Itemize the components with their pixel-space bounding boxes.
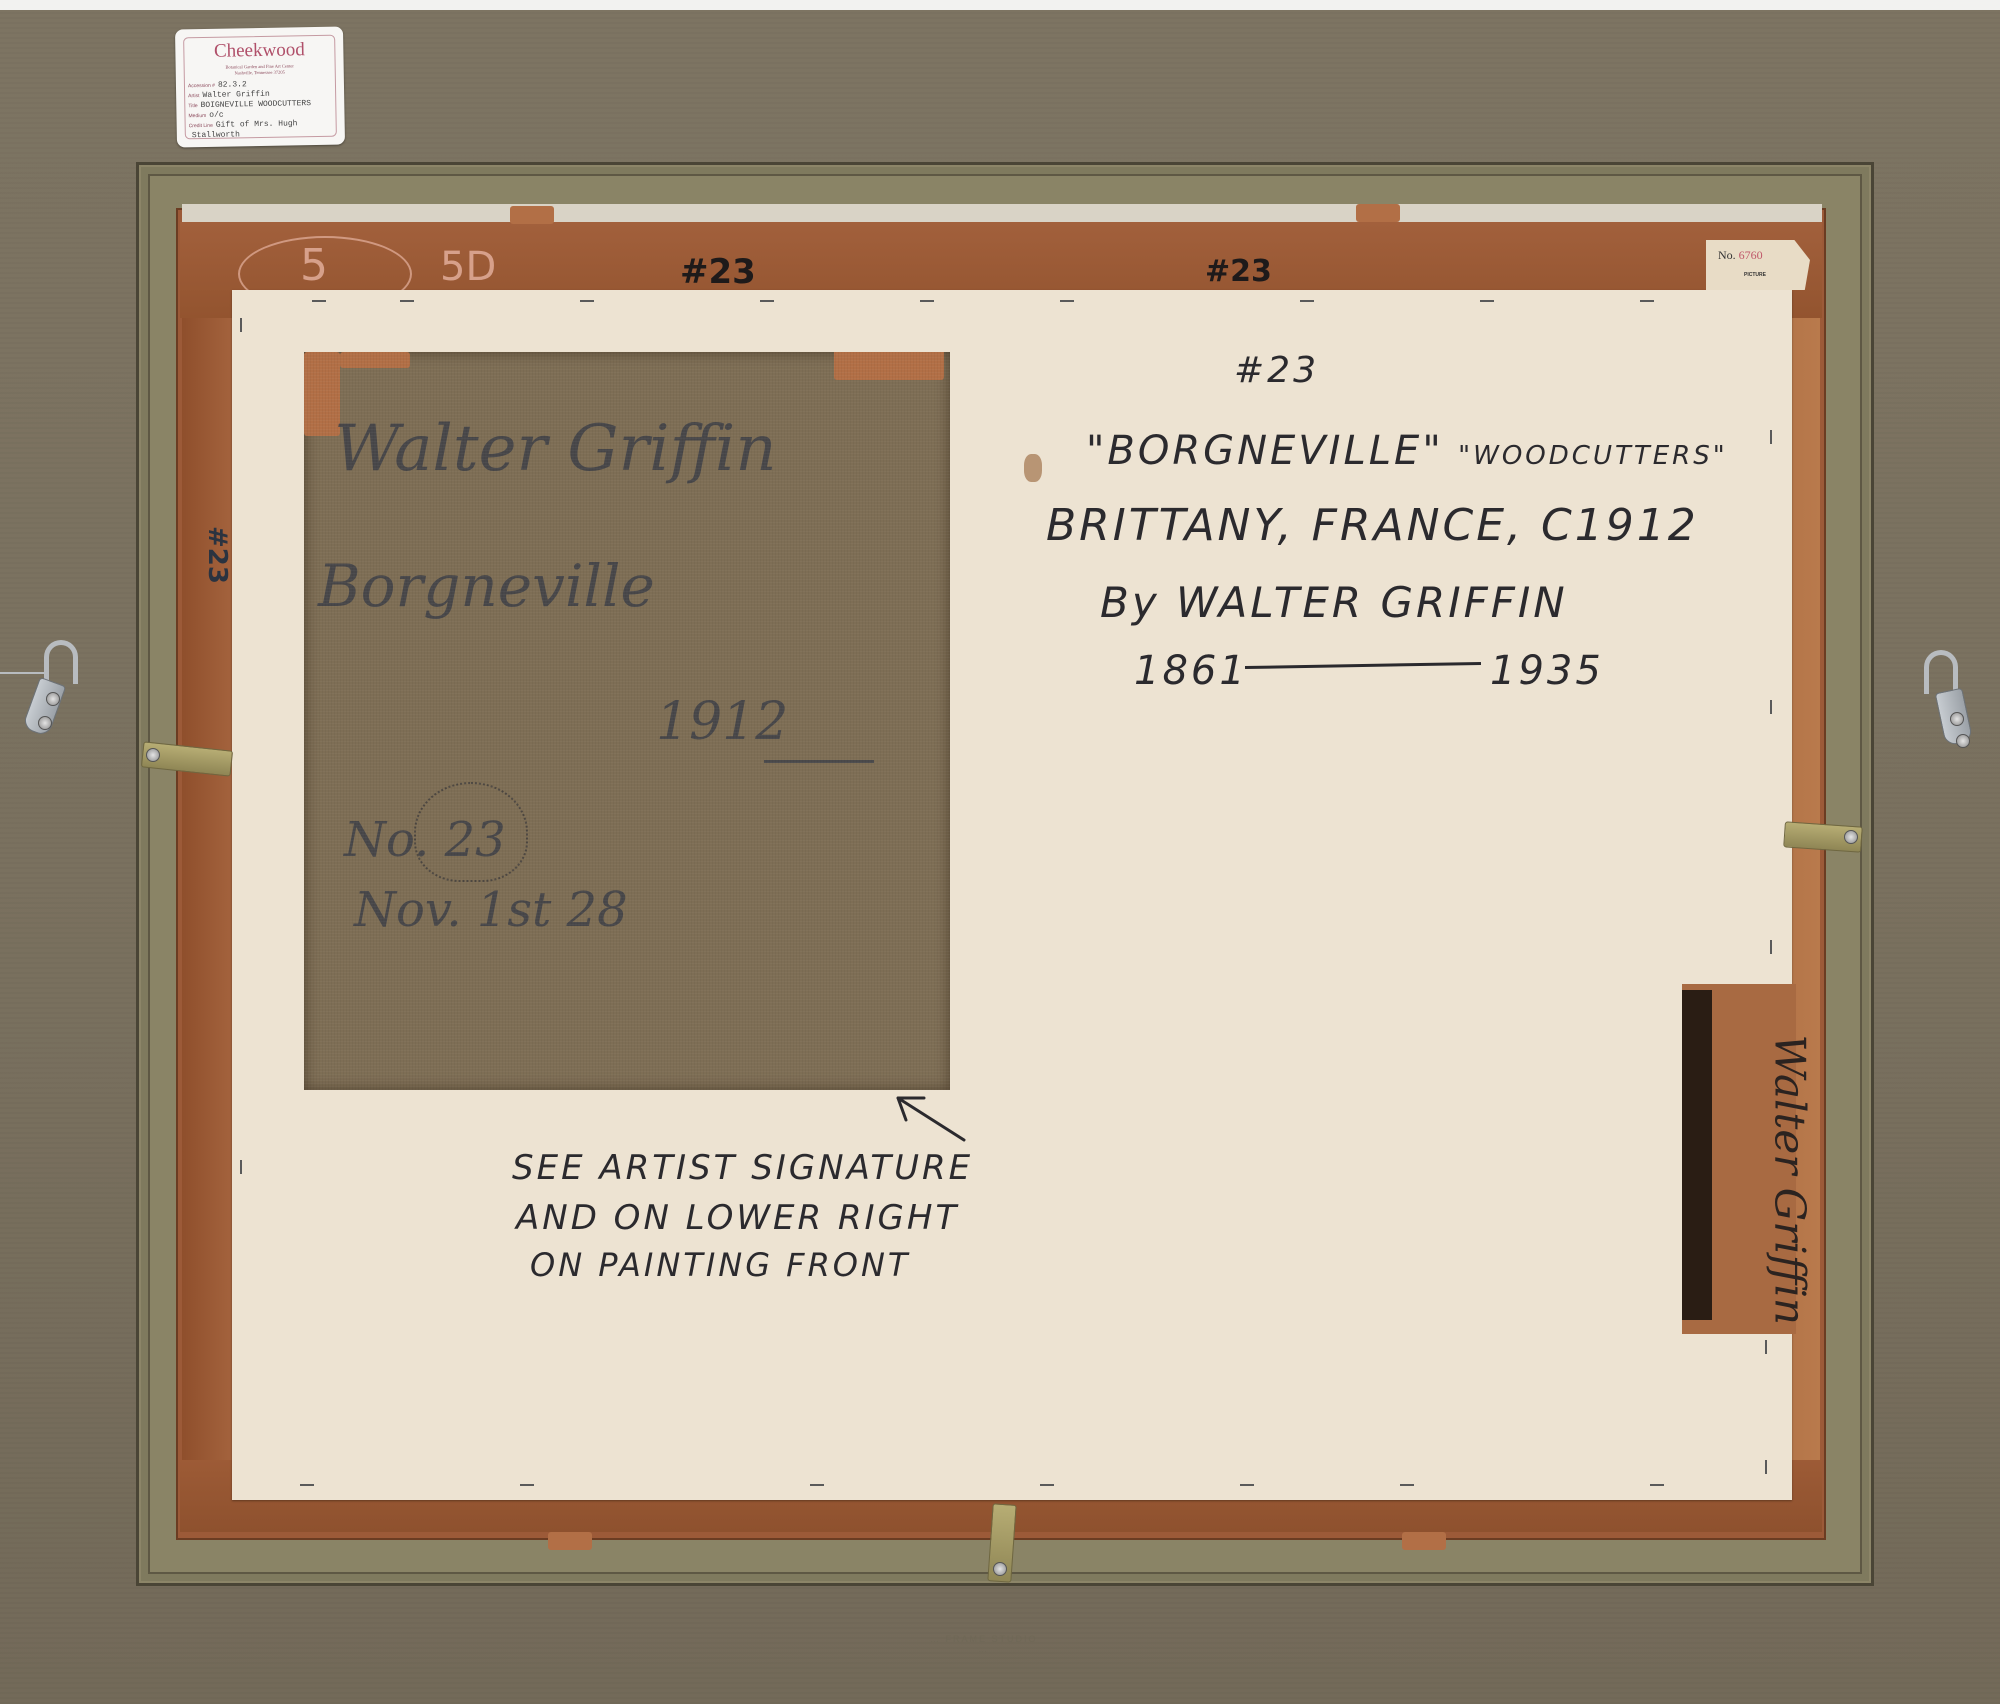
staple bbox=[1770, 430, 1772, 444]
tag-type: PICTURE bbox=[1744, 272, 1766, 278]
stretcher-number-top-1: #23 bbox=[680, 252, 756, 292]
stretcher-key bbox=[1356, 204, 1400, 222]
corner-wedge bbox=[834, 352, 944, 380]
museum-label: Cheekwood Botanical Garden and Fine Art … bbox=[175, 27, 345, 148]
backing-board-tail bbox=[1682, 1334, 1778, 1500]
inventory-tag: No. 6760 PICTURE bbox=[1706, 240, 1810, 290]
note-location: BRITTANY, FRANCE, C1912 bbox=[1046, 500, 1699, 551]
staple bbox=[1640, 300, 1654, 302]
right-stretcher-signature: Walter Griffin bbox=[1766, 1035, 1815, 1295]
note-see-signature-2: AND ON LOWER RIGHT bbox=[516, 1198, 959, 1238]
chalk-mark-5: 5 bbox=[300, 240, 328, 291]
canvas-inscription-artist: Walter Griffin bbox=[334, 412, 777, 486]
staple bbox=[1400, 1484, 1414, 1486]
staple bbox=[1650, 1484, 1664, 1486]
d-ring-hanger-left-icon bbox=[44, 640, 78, 684]
screw-icon bbox=[1844, 830, 1858, 844]
staple bbox=[1480, 300, 1494, 302]
note-date-end: 1935 bbox=[1490, 648, 1604, 694]
label-field-medium: Mediumo/c bbox=[188, 111, 223, 121]
note-see-signature-3: ON PAINTING FRONT bbox=[530, 1246, 910, 1284]
staple bbox=[312, 300, 326, 302]
staple bbox=[1240, 1484, 1254, 1486]
label-field-accession: Accession #82.3.2 bbox=[188, 80, 247, 90]
backing-cutout-gap bbox=[1682, 990, 1712, 1320]
label-field-artist: ArtistWalter Griffin bbox=[188, 90, 270, 100]
canvas-inscription-date: Nov. 1st 28 bbox=[354, 882, 628, 938]
museum-label-brand: Cheekwood bbox=[175, 39, 343, 64]
screw-icon bbox=[38, 716, 52, 730]
staple bbox=[810, 1484, 824, 1486]
screw-icon bbox=[1956, 734, 1970, 748]
corner-wedge bbox=[340, 352, 410, 368]
staple bbox=[400, 300, 414, 302]
arrow-icon bbox=[890, 1088, 970, 1148]
staple bbox=[580, 300, 594, 302]
stretcher-left-bar bbox=[182, 318, 238, 1460]
canvas-inscription-number: No. 23 bbox=[344, 812, 506, 868]
staple bbox=[920, 300, 934, 302]
canvas-window: Walter Griffin Borgneville 1912 No. 23 N… bbox=[304, 352, 950, 1090]
chalk-mark-5d: 5D bbox=[440, 244, 496, 290]
tag-prefix: No. bbox=[1718, 248, 1736, 262]
note-title-line: "BORGNEVILLE" "WOODCUTTERS" bbox=[1086, 428, 1728, 474]
canvas-stamp-outline bbox=[414, 782, 528, 882]
note-title-borgneville: "BORGNEVILLE" bbox=[1086, 428, 1444, 474]
note-see-signature-1: SEE ARTIST SIGNATURE bbox=[512, 1148, 973, 1188]
note-date-start: 1861 bbox=[1134, 648, 1248, 694]
staple bbox=[1770, 940, 1772, 954]
screw-icon bbox=[993, 1562, 1007, 1576]
staple bbox=[1040, 1484, 1054, 1486]
stretcher-key bbox=[548, 1532, 592, 1550]
staple bbox=[1060, 300, 1074, 302]
note-artist: By WALTER GRIFFIN bbox=[1100, 578, 1568, 627]
staple bbox=[1770, 700, 1772, 714]
stretcher-number-left: #23 bbox=[202, 526, 232, 584]
screw-icon bbox=[146, 748, 160, 762]
staple bbox=[240, 1160, 242, 1174]
note-title-woodcutters: "WOODCUTTERS" bbox=[1458, 441, 1728, 471]
tag-number: 6760 bbox=[1739, 248, 1763, 262]
staple bbox=[240, 318, 242, 332]
canvas-inscription-year: 1912 bbox=[656, 692, 788, 752]
label-field-credit-cont: Stallworth bbox=[189, 130, 240, 140]
stretcher-number-top-2: #23 bbox=[1205, 254, 1272, 289]
screw-icon bbox=[46, 692, 60, 706]
staple bbox=[1765, 1340, 1767, 1354]
screw-icon bbox=[1950, 712, 1964, 726]
backing-tear bbox=[1024, 454, 1042, 482]
stretcher-key bbox=[1402, 1532, 1446, 1550]
frame-studio-stamp: … FRAME STUDIO … bbox=[930, 1634, 1038, 1654]
label-field-credit: Credit LineGift of Mrs. Hugh bbox=[189, 119, 298, 130]
canvas-year-underline bbox=[764, 760, 874, 763]
d-ring-hanger-right-icon bbox=[1924, 650, 1958, 694]
staple bbox=[300, 1484, 314, 1486]
staple bbox=[1765, 1460, 1767, 1474]
note-number: #23 bbox=[1234, 350, 1319, 391]
staple bbox=[1300, 300, 1314, 302]
canvas-inscription-title: Borgneville bbox=[318, 552, 655, 620]
staple bbox=[760, 300, 774, 302]
hanging-wire bbox=[0, 672, 44, 674]
stretcher-key bbox=[510, 206, 554, 224]
staple bbox=[520, 1484, 534, 1486]
corner-wedge bbox=[304, 352, 340, 436]
